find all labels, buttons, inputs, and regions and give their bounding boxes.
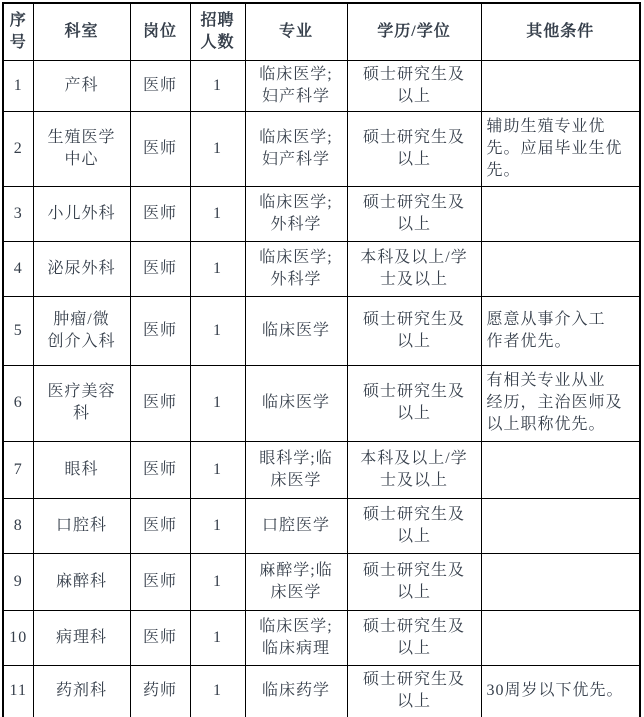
cell-headcount: 1 — [190, 60, 245, 111]
cell-headcount: 1 — [190, 365, 245, 441]
cell-major: 临床医学; 外科学 — [245, 241, 347, 296]
cell-position: 药师 — [130, 665, 190, 717]
cell-headcount: 1 — [190, 186, 245, 241]
column-header-position: 岗位 — [130, 3, 190, 60]
page: 序 号 科室 岗位 招聘 人数 专业 学历/学位 其他条件 1 产科 医师 1 … — [0, 0, 644, 717]
cell-number: 8 — [3, 498, 33, 553]
cell-number: 3 — [3, 186, 33, 241]
cell-degree: 硕士研究生及 以上 — [347, 665, 481, 717]
cell-number: 7 — [3, 441, 33, 498]
column-header-degree: 学历/学位 — [347, 3, 481, 60]
cell-headcount: 1 — [190, 441, 245, 498]
cell-major: 临床医学 — [245, 296, 347, 365]
cell-department: 眼科 — [33, 441, 130, 498]
cell-degree: 硕士研究生及 以上 — [347, 296, 481, 365]
cell-number: 5 — [3, 296, 33, 365]
cell-department: 肿瘤/微 创介入科 — [33, 296, 130, 365]
cell-degree: 本科及以上/学 士及以上 — [347, 241, 481, 296]
cell-number: 4 — [3, 241, 33, 296]
cell-other — [481, 60, 640, 111]
cell-headcount: 1 — [190, 665, 245, 717]
table-row: 11 药剂科 药师 1 临床药学 硕士研究生及 以上 30周岁以下优先。 — [3, 665, 640, 717]
cell-position: 医师 — [130, 186, 190, 241]
cell-position: 医师 — [130, 60, 190, 111]
table-row: 10 病理科 医师 1 临床医学; 临床病理 硕士研究生及 以上 — [3, 610, 640, 665]
cell-number: 6 — [3, 365, 33, 441]
cell-position: 医师 — [130, 441, 190, 498]
cell-department: 小儿外科 — [33, 186, 130, 241]
cell-other: 30周岁以下优先。 — [481, 665, 640, 717]
cell-department: 产科 — [33, 60, 130, 111]
cell-major: 眼科学;临 床医学 — [245, 441, 347, 498]
cell-other — [481, 498, 640, 553]
table-row: 4 泌尿外科 医师 1 临床医学; 外科学 本科及以上/学 士及以上 — [3, 241, 640, 296]
header-row: 序 号 科室 岗位 招聘 人数 专业 学历/学位 其他条件 — [3, 3, 640, 60]
column-header-other: 其他条件 — [481, 3, 640, 60]
cell-position: 医师 — [130, 553, 190, 610]
table-body: 1 产科 医师 1 临床医学; 妇产科学 硕士研究生及 以上 2 生殖医学 中心… — [3, 60, 640, 717]
cell-major: 临床医学 — [245, 365, 347, 441]
cell-degree: 硕士研究生及 以上 — [347, 111, 481, 186]
table-row: 9 麻醉科 医师 1 麻醉学;临 床医学 硕士研究生及 以上 — [3, 553, 640, 610]
cell-other — [481, 441, 640, 498]
cell-position: 医师 — [130, 111, 190, 186]
cell-department: 病理科 — [33, 610, 130, 665]
cell-major: 临床医学; 妇产科学 — [245, 111, 347, 186]
cell-position: 医师 — [130, 610, 190, 665]
cell-major: 临床药学 — [245, 665, 347, 717]
cell-major: 麻醉学;临 床医学 — [245, 553, 347, 610]
cell-department: 医疗美容 科 — [33, 365, 130, 441]
cell-number: 1 — [3, 60, 33, 111]
cell-position: 医师 — [130, 296, 190, 365]
table-row: 8 口腔科 医师 1 口腔医学 硕士研究生及 以上 — [3, 498, 640, 553]
cell-department: 泌尿外科 — [33, 241, 130, 296]
cell-department: 药剂科 — [33, 665, 130, 717]
table-row: 7 眼科 医师 1 眼科学;临 床医学 本科及以上/学 士及以上 — [3, 441, 640, 498]
cell-headcount: 1 — [190, 241, 245, 296]
cell-position: 医师 — [130, 498, 190, 553]
cell-headcount: 1 — [190, 498, 245, 553]
table-row: 5 肿瘤/微 创介入科 医师 1 临床医学 硕士研究生及 以上 愿意从事介入工 … — [3, 296, 640, 365]
table-row: 6 医疗美容 科 医师 1 临床医学 硕士研究生及 以上 有相关专业从业 经历，… — [3, 365, 640, 441]
cell-other: 有相关专业从业 经历，主治医师及 以上职称优先。 — [481, 365, 640, 441]
cell-department: 麻醉科 — [33, 553, 130, 610]
cell-number: 2 — [3, 111, 33, 186]
cell-headcount: 1 — [190, 296, 245, 365]
cell-degree: 硕士研究生及 以上 — [347, 610, 481, 665]
cell-degree: 硕士研究生及 以上 — [347, 498, 481, 553]
cell-major: 临床医学; 外科学 — [245, 186, 347, 241]
column-header-major: 专业 — [245, 3, 347, 60]
cell-headcount: 1 — [190, 610, 245, 665]
cell-headcount: 1 — [190, 553, 245, 610]
column-header-department: 科室 — [33, 3, 130, 60]
cell-degree: 硕士研究生及 以上 — [347, 186, 481, 241]
table-row: 2 生殖医学 中心 医师 1 临床医学; 妇产科学 硕士研究生及 以上 辅助生殖… — [3, 111, 640, 186]
cell-department: 生殖医学 中心 — [33, 111, 130, 186]
cell-degree: 硕士研究生及 以上 — [347, 553, 481, 610]
cell-other: 辅助生殖专业优 先。应届毕业生优 先。 — [481, 111, 640, 186]
cell-major: 口腔医学 — [245, 498, 347, 553]
cell-other — [481, 610, 640, 665]
cell-degree: 硕士研究生及 以上 — [347, 365, 481, 441]
cell-degree: 硕士研究生及 以上 — [347, 60, 481, 111]
cell-number: 9 — [3, 553, 33, 610]
cell-other: 愿意从事介入工 作者优先。 — [481, 296, 640, 365]
cell-other — [481, 553, 640, 610]
cell-other — [481, 186, 640, 241]
cell-position: 医师 — [130, 241, 190, 296]
column-header-headcount: 招聘 人数 — [190, 3, 245, 60]
cell-other — [481, 241, 640, 296]
table-row: 1 产科 医师 1 临床医学; 妇产科学 硕士研究生及 以上 — [3, 60, 640, 111]
cell-department: 口腔科 — [33, 498, 130, 553]
cell-major: 临床医学; 妇产科学 — [245, 60, 347, 111]
cell-number: 11 — [3, 665, 33, 717]
cell-degree: 本科及以上/学 士及以上 — [347, 441, 481, 498]
cell-headcount: 1 — [190, 111, 245, 186]
column-header-number: 序 号 — [3, 3, 33, 60]
table-row: 3 小儿外科 医师 1 临床医学; 外科学 硕士研究生及 以上 — [3, 186, 640, 241]
recruitment-table: 序 号 科室 岗位 招聘 人数 专业 学历/学位 其他条件 1 产科 医师 1 … — [2, 2, 641, 717]
cell-position: 医师 — [130, 365, 190, 441]
cell-major: 临床医学; 临床病理 — [245, 610, 347, 665]
cell-number: 10 — [3, 610, 33, 665]
